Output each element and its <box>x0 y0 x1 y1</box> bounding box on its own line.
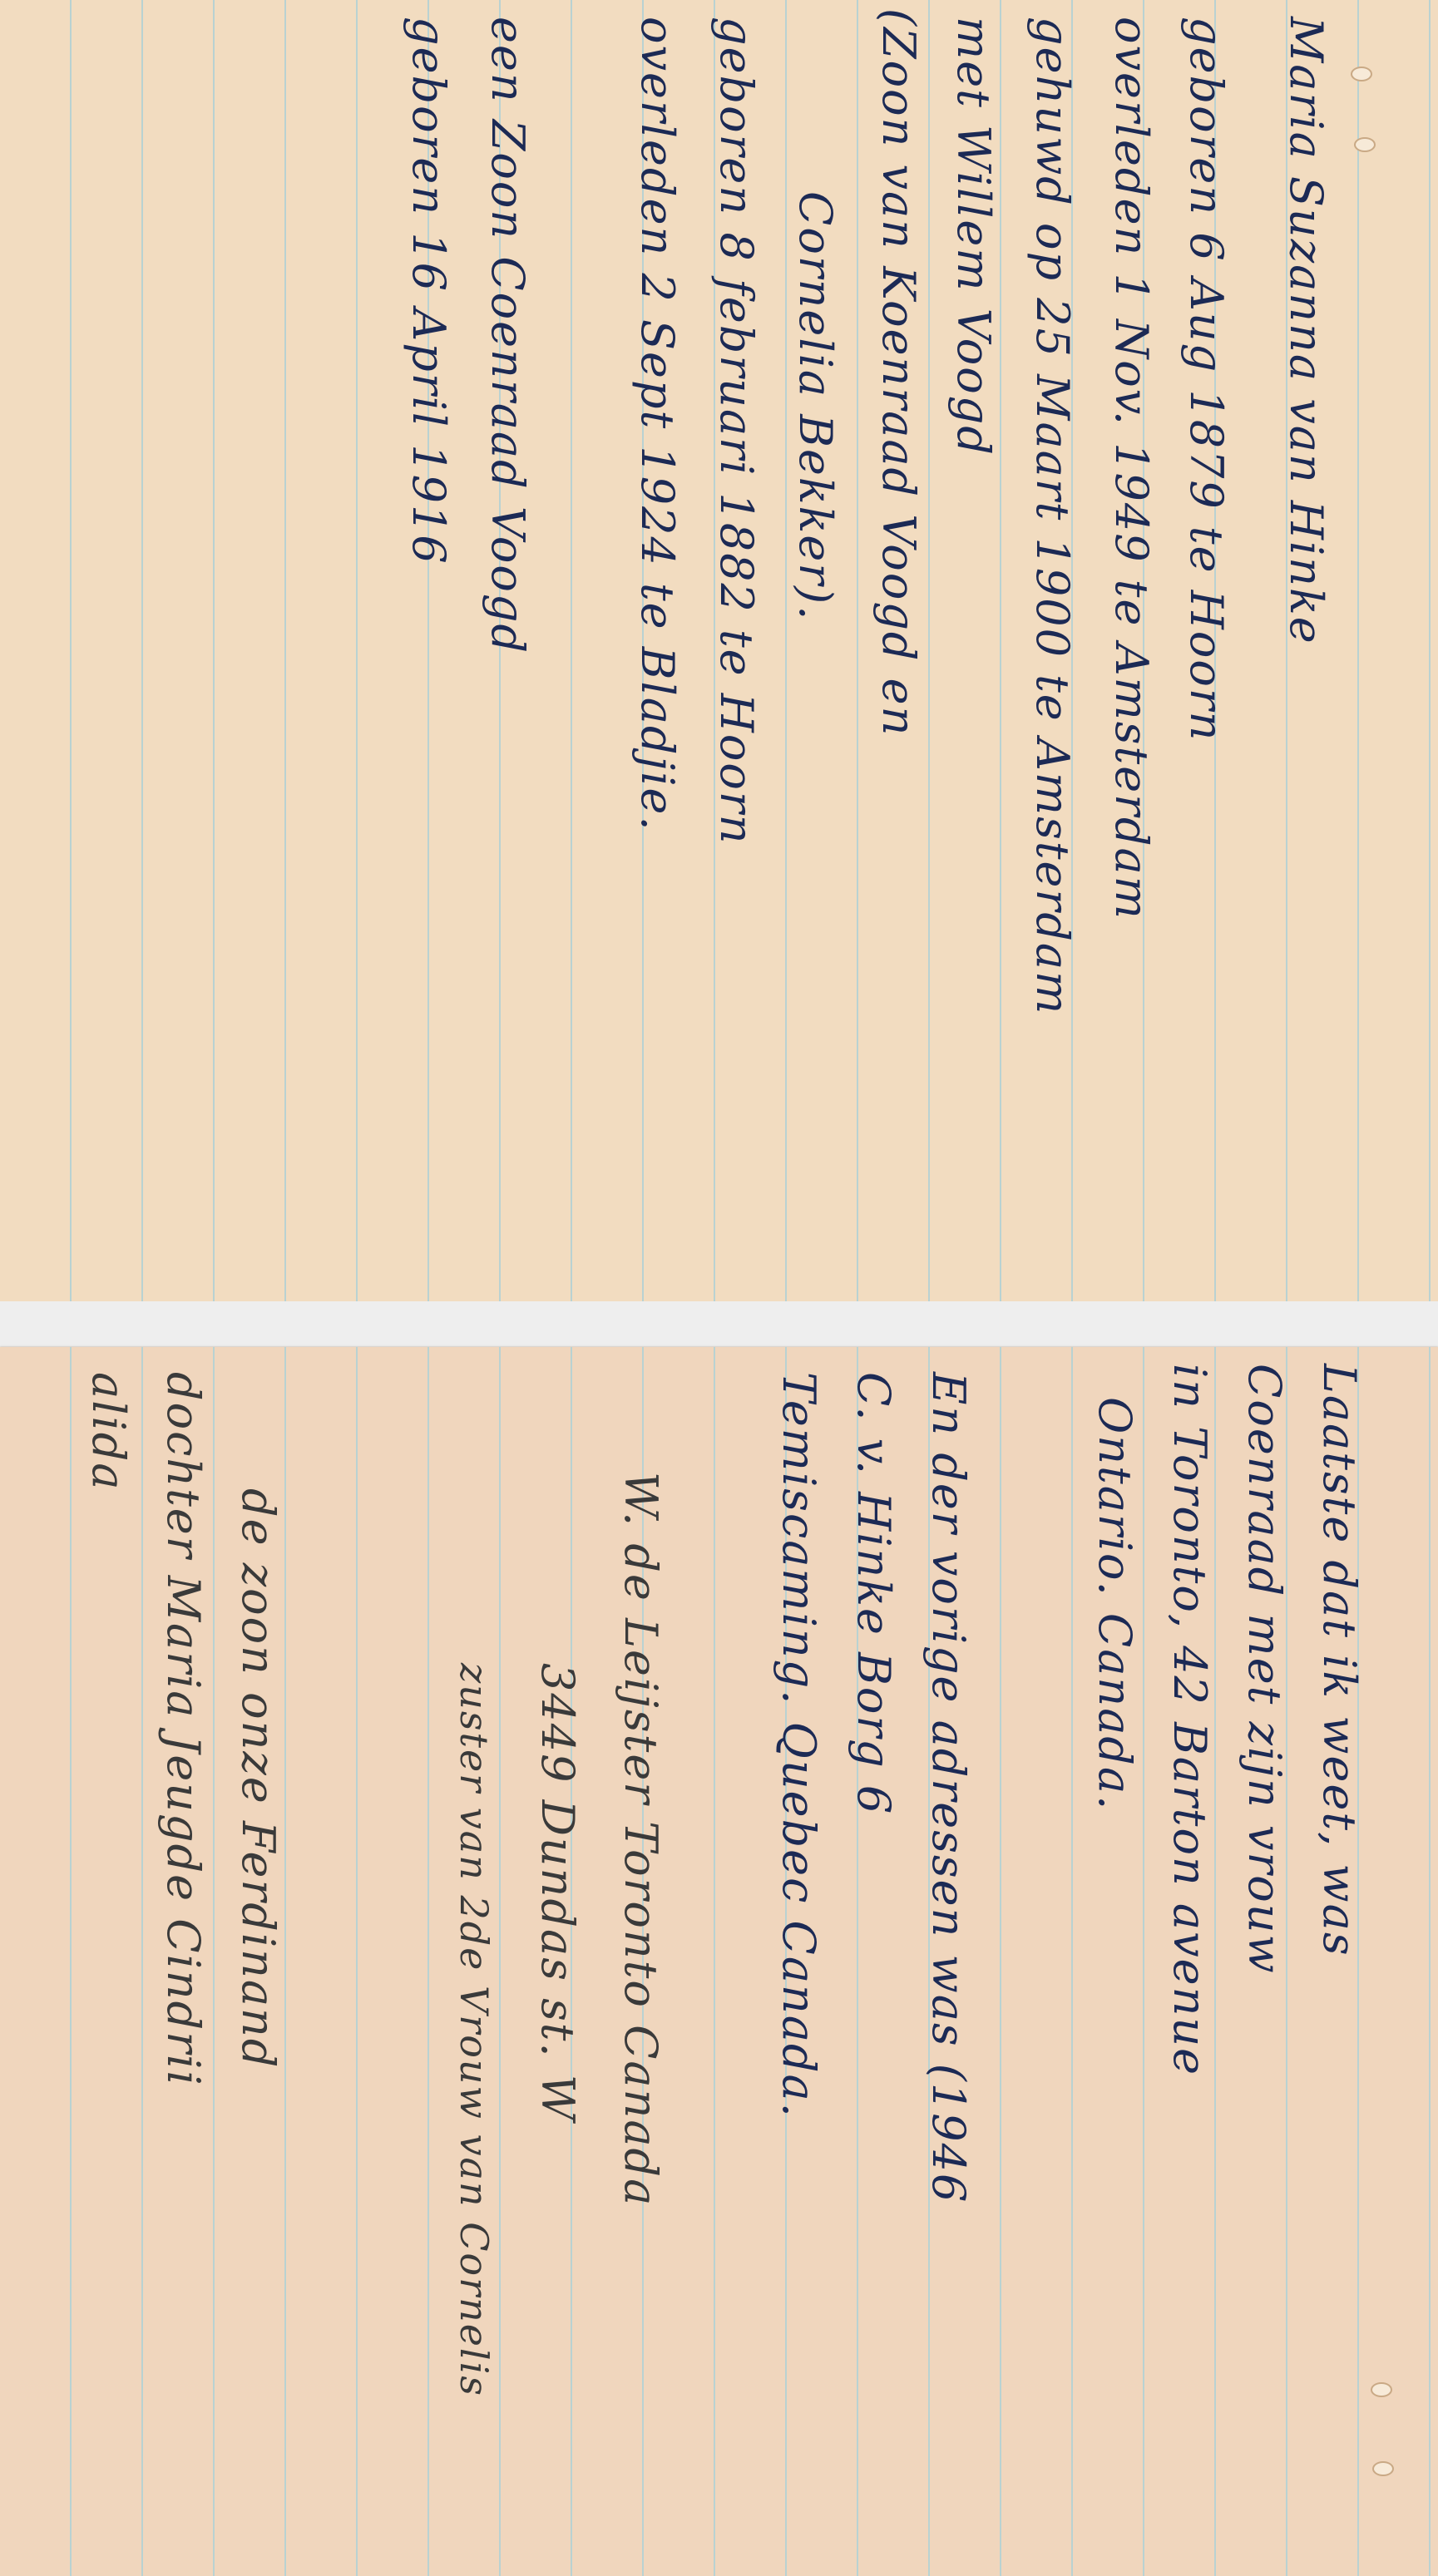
scanner-gap <box>0 1301 1438 1347</box>
pencil-line: zuster van 2de Vrouw van Cornelis <box>449 1663 499 2397</box>
handwritten-line: (Zoon van Koenraad Voogd en <box>873 8 923 737</box>
handwritten-line: geboren 6 Aug 1879 te Hoorn <box>1181 17 1231 742</box>
handwritten-line: geboren 8 februari 1882 te Hoorn <box>711 17 761 846</box>
binder-hole <box>1354 137 1376 152</box>
handwritten-line: Cornelia Bekker). <box>790 191 840 621</box>
handwritten-line: met Willem Voogd <box>948 17 998 456</box>
handwritten-line: En der vorige adressen was (1946 <box>923 1372 973 2203</box>
handwritten-line: Laatste dat ik weet, was <box>1314 1364 1364 1957</box>
binder-hole <box>1351 67 1372 81</box>
handwritten-line: een Zoon Coenraad Voogd <box>482 17 532 654</box>
handwritten-line: C. v. Hinke Borg 6 <box>848 1372 898 1815</box>
handwritten-line: overleden 1 Nov. 1949 te Amsterdam <box>1106 17 1156 920</box>
binder-hole <box>1372 2461 1394 2476</box>
pencil-line: alida <box>83 1372 133 1492</box>
handwritten-line: geboren 16 April 1916 <box>403 17 453 565</box>
pencil-line: W. de Leijster Toronto Canada <box>615 1472 665 2207</box>
handwritten-line: Ontario. Canada. <box>1090 1397 1139 1811</box>
handwritten-line: Maria Suzanna van Hinke <box>1281 17 1331 645</box>
pencil-line: dochter Maria Jeugde Cindrii <box>158 1372 208 2087</box>
handwritten-line: overleden 2 Sept 1924 te Bladjie. <box>632 17 682 832</box>
handwritten-line: Coenraad met zijn vrouw <box>1239 1364 1289 1975</box>
sheet-page-2: Laatste dat ik weet, was Coenraad met zi… <box>0 1347 1438 2576</box>
pencil-line: de zoon onze Ferdinand <box>233 1488 283 2069</box>
pencil-line: 3449 Dundas st. W <box>532 1663 582 2122</box>
handwritten-line: in Toronto, 42 Barton avenue <box>1164 1364 1214 2076</box>
handwritten-line: gehuwd op 25 Maart 1900 te Amsterdam <box>1027 17 1077 1015</box>
binder-hole <box>1371 2382 1392 2397</box>
handwritten-line: Temiscaming. Quebec Canada. <box>773 1372 823 2119</box>
sheet-page-1: Maria Suzanna van Hinke geboren 6 Aug 18… <box>0 0 1438 1301</box>
